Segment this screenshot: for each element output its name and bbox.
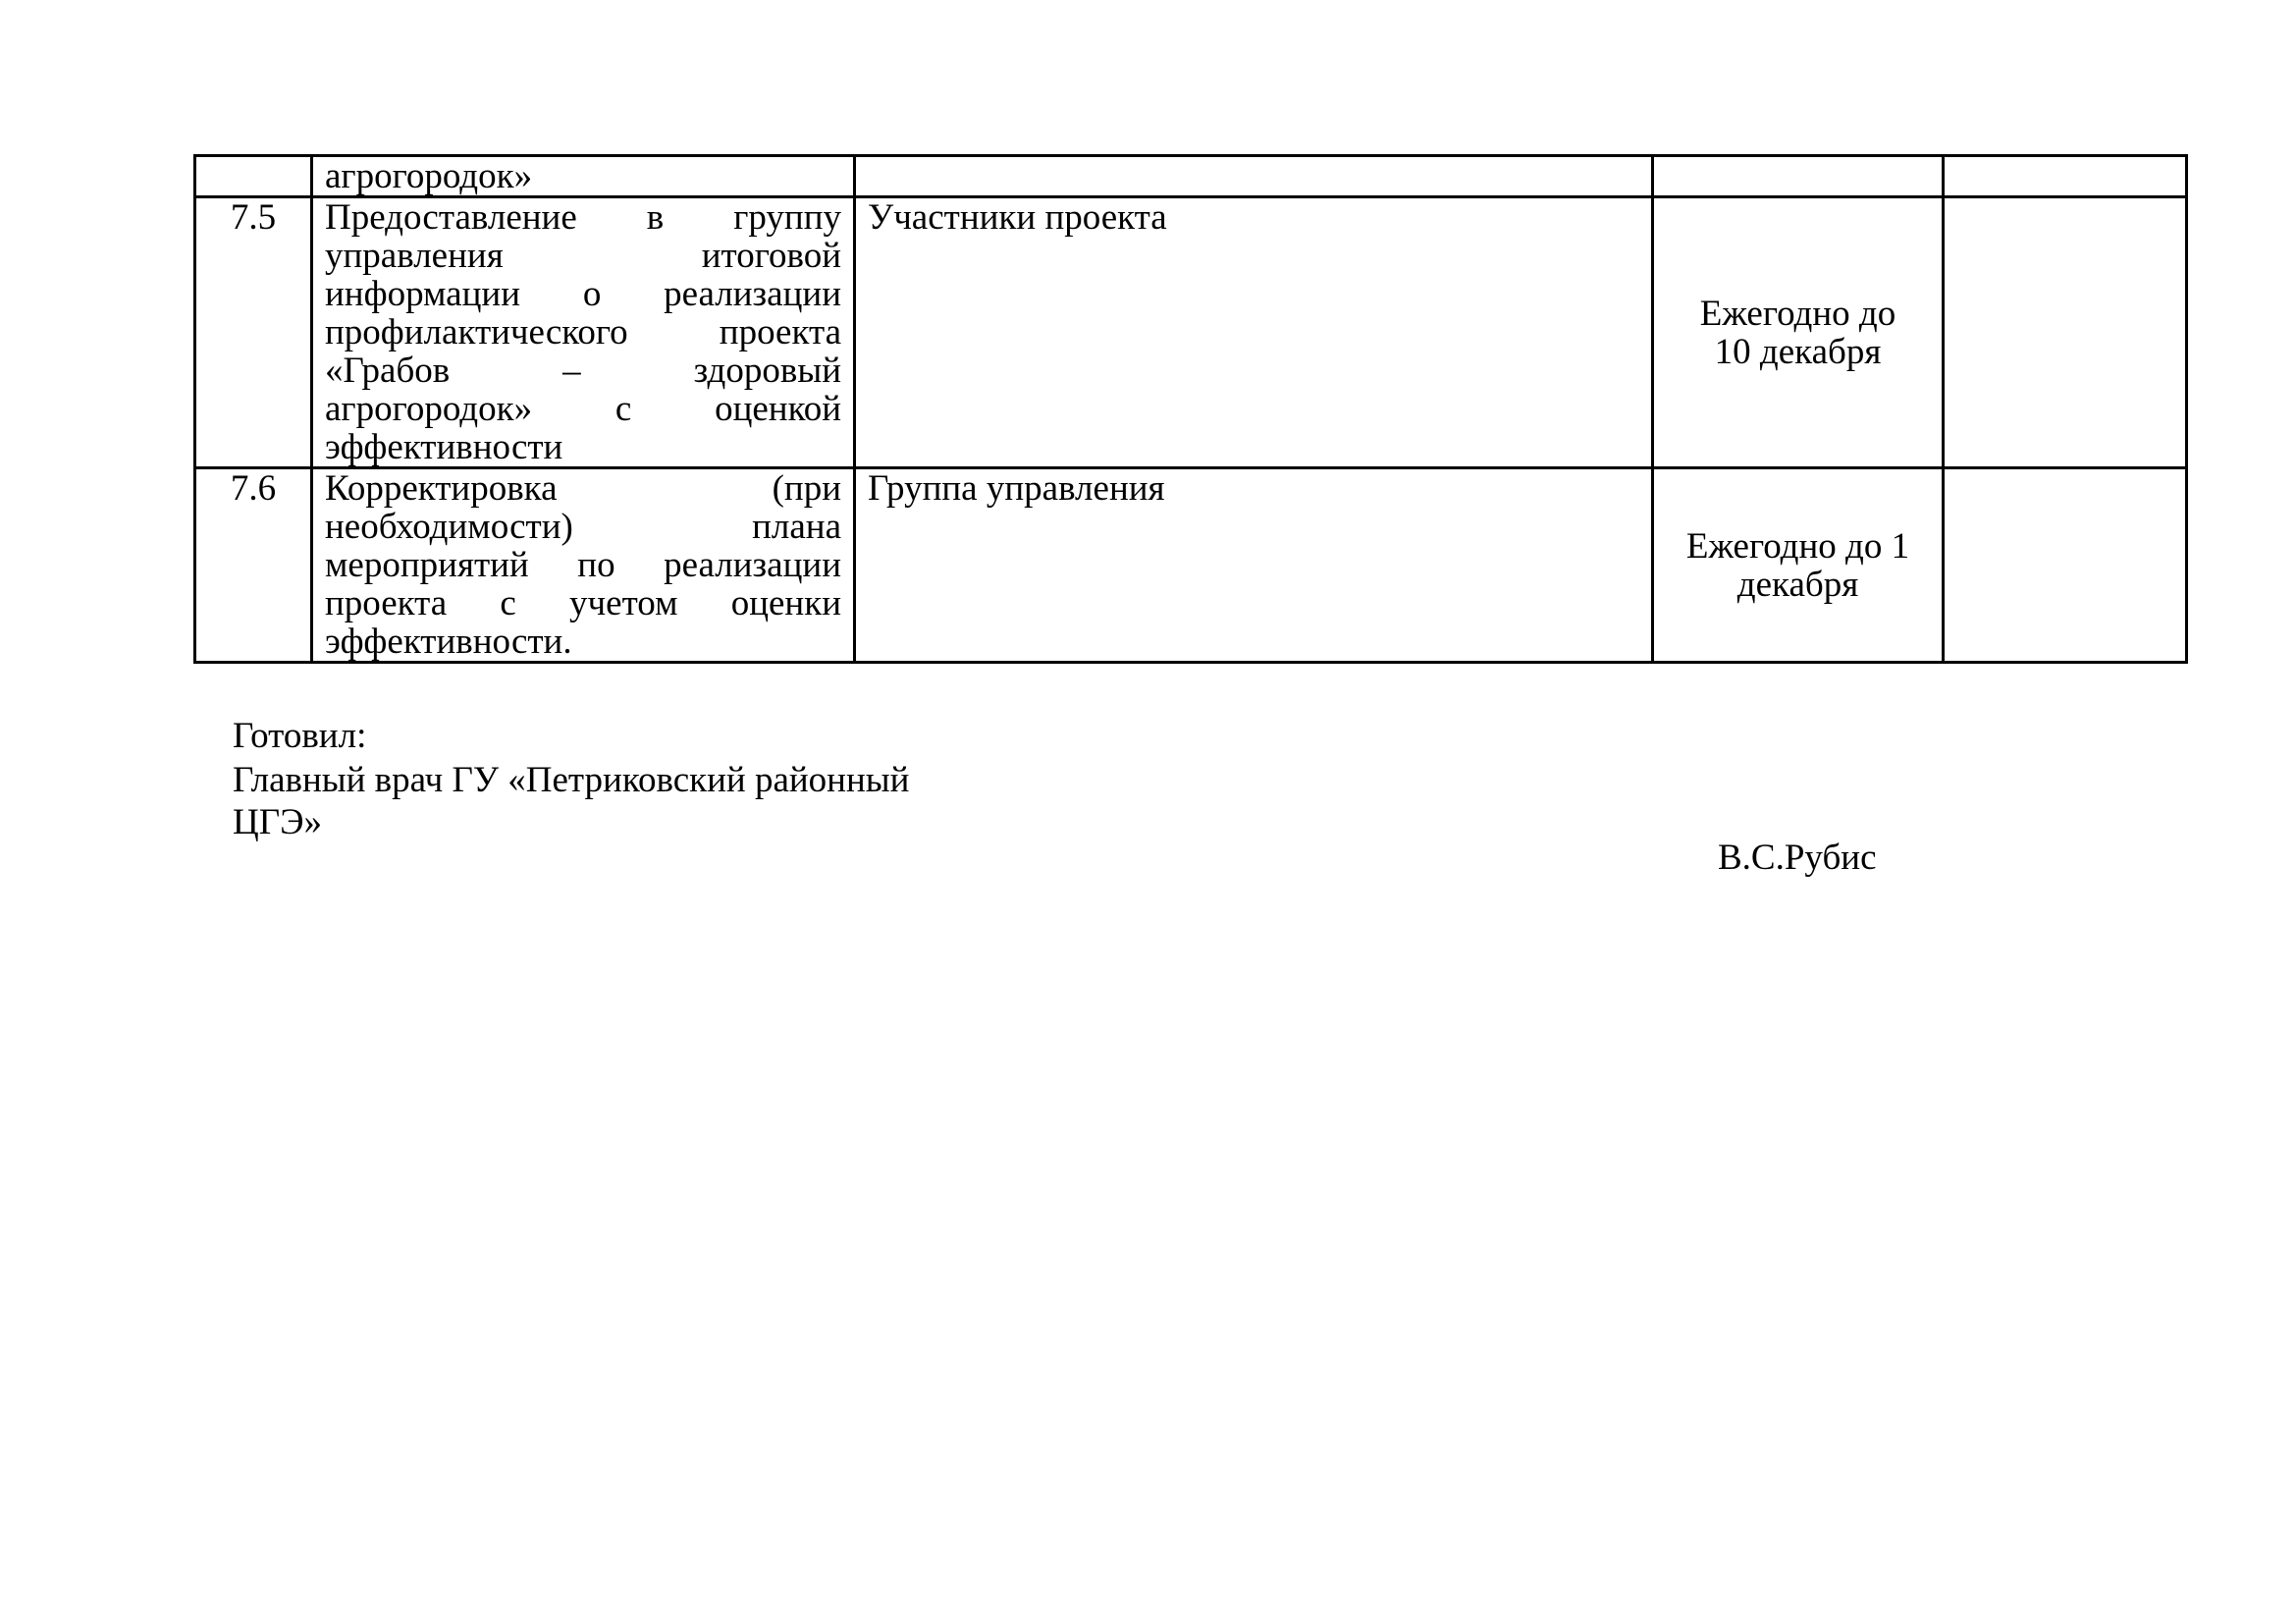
signer-name: В.С.Рубис [1718, 837, 1877, 879]
table-row: 7.6 Корректировка (при необходимости) пл… [195, 468, 2187, 663]
row-number: 7.6 [195, 468, 312, 663]
prepared-by-label: Готовил: [233, 715, 366, 757]
document-page: агрогородок» 7.5 Предоставление в группу… [0, 0, 2296, 1624]
term-text: Ежегодно до 10 декабря [1700, 295, 1896, 371]
term-cell: Ежегодно до 1 декабря [1653, 468, 1944, 663]
responsible-cell: Группа управления [855, 468, 1653, 663]
signer-position: Главный врач ГУ «Петриковский районный Ц… [233, 759, 920, 843]
activity-cell: агрогородок» [312, 156, 855, 197]
note-cell [1944, 197, 2187, 468]
table-row: агрогородок» [195, 156, 2187, 197]
activity-cell: Предоставление в группу управления итого… [312, 197, 855, 468]
term-text: Ежегодно до 1 декабря [1671, 527, 1926, 604]
table-row: 7.5 Предоставление в группу управления и… [195, 197, 2187, 468]
responsible-cell: Участники проекта [855, 197, 1653, 468]
note-cell [1944, 156, 2187, 197]
row-number [195, 156, 312, 197]
row-number: 7.5 [195, 197, 312, 468]
activity-cell: Корректировка (при необходимости) плана … [312, 468, 855, 663]
note-cell [1944, 468, 2187, 663]
term-cell [1653, 156, 1944, 197]
responsible-cell [855, 156, 1653, 197]
activity-plan-table: агрогородок» 7.5 Предоставление в группу… [193, 154, 2188, 664]
term-cell: Ежегодно до 10 декабря [1653, 197, 1944, 468]
